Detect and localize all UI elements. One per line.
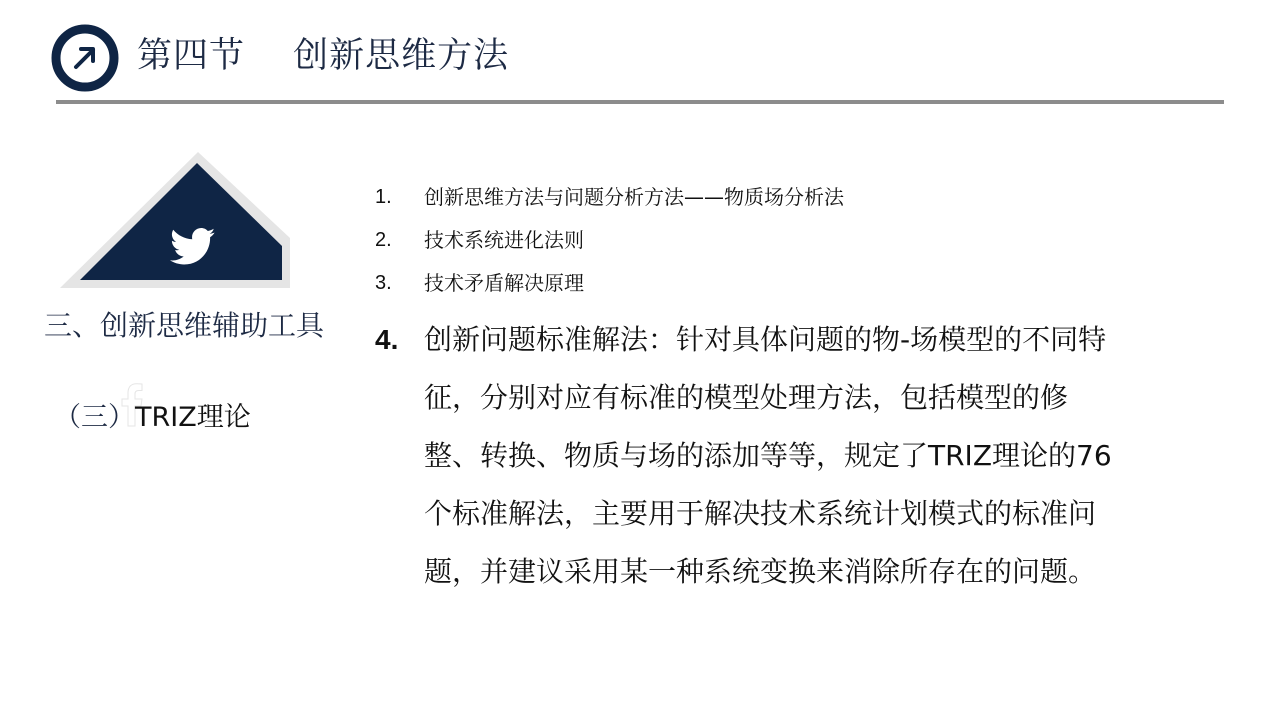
list-item-number: 3. (375, 266, 415, 300)
sub-heading: （三）TRIZ理论 (54, 398, 251, 438)
list-item-text: 创新思维方法与问题分析方法——物质场分析法 (424, 180, 844, 214)
list-item: 1. 创新思维方法与问题分析方法——物质场分析法 (375, 180, 1114, 223)
twitter-bird-icon (170, 228, 216, 266)
content-list: 1. 创新思维方法与问题分析方法——物质场分析法 2. 技术系统进化法则 3. … (375, 180, 1114, 601)
list-item: 4. 创新问题标准解法：针对具体问题的物-场模型的不同特征，分别对应有标准的模型… (375, 311, 1114, 601)
page-title: 第四节 创新思维方法 (137, 32, 509, 80)
slide: 第四节 创新思维方法 三、创新思维辅助工具 （三）TRIZ理论 1. 创新思维方… (0, 0, 1280, 720)
title-divider (56, 100, 1224, 104)
sub-heading-prefix: （三） (54, 402, 135, 433)
list-item: 2. 技术系统进化法则 (375, 223, 1114, 266)
list-item-text: 技术矛盾解决原理 (424, 266, 584, 300)
list-item-number: 2. (375, 223, 415, 257)
section-heading: 三、创新思维辅助工具 (44, 306, 324, 346)
list-item-text: 技术系统进化法则 (424, 223, 584, 257)
list-item-text: 创新问题标准解法：针对具体问题的物-场模型的不同特征，分别对应有标准的模型处理方… (424, 311, 1114, 601)
list-item-number: 4. (375, 311, 398, 369)
arrow-up-right-circle-icon (51, 24, 119, 92)
sub-heading-text: TRIZ理论 (135, 402, 251, 433)
list-item-number: 1. (375, 180, 415, 214)
list-item: 3. 技术矛盾解决原理 (375, 266, 1114, 309)
decorative-pentagon-shape (60, 150, 290, 290)
